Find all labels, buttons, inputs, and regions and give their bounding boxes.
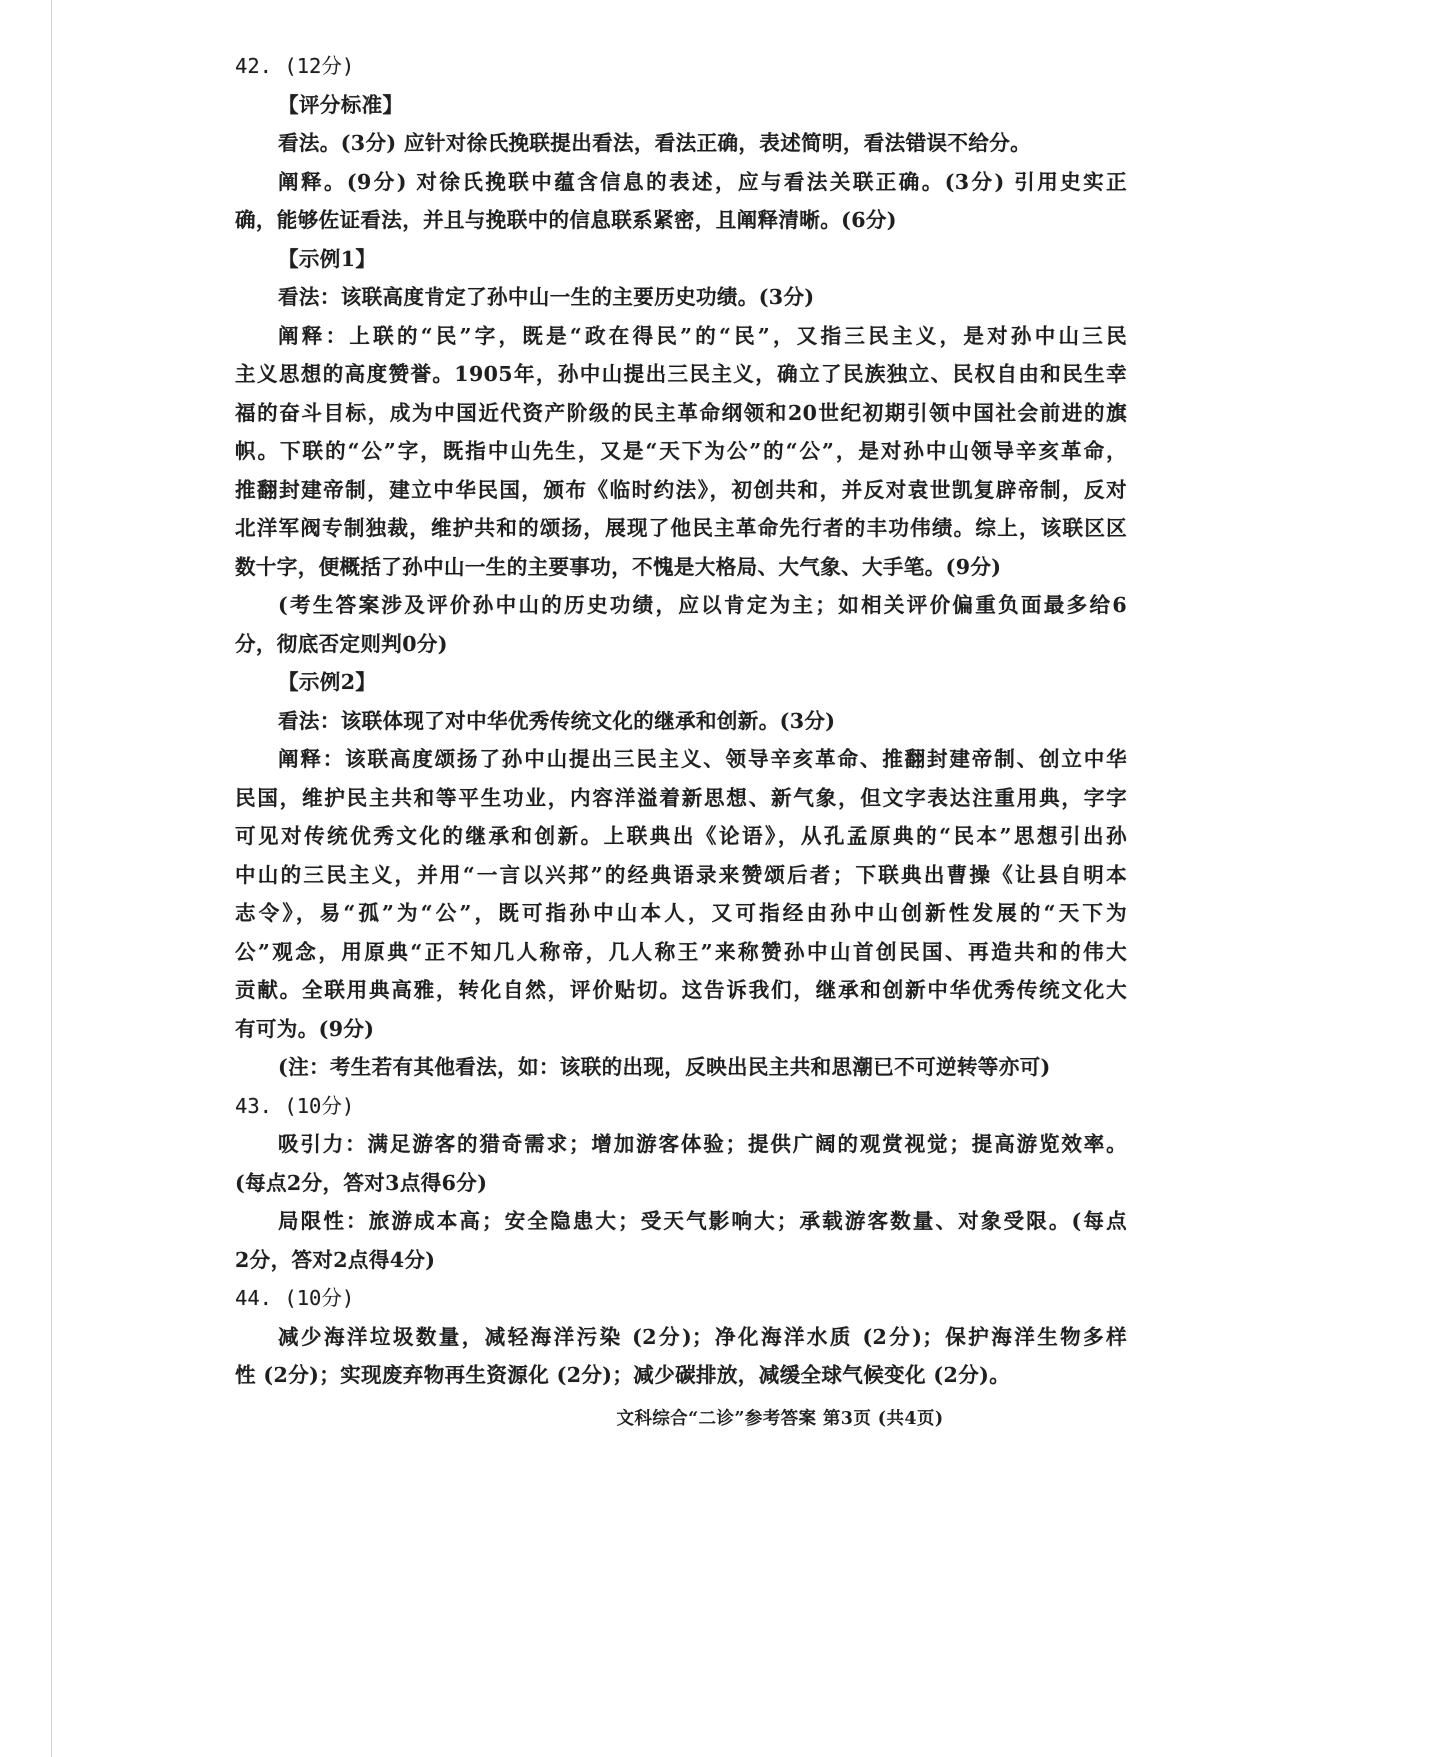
question-43-line: 吸引力：满足游客的猎奇需求；增加游客体验；提供广阔的观赏视觉；提高游览效率。 [235,1125,1127,1164]
example-2-line: 民国，维护民主共和等平生功业，内容洋溢着新思想、新气象，但文字表达注重用典，字字 [235,779,1127,818]
page-footer: 文科综合“二诊”参考答案 第3页 (共4页) [0,1405,1440,1430]
example-1-line: 看法：该联高度肯定了孙中山一生的主要历史功绩。(3分) [235,278,1127,317]
answer-key-page: 42. (12分) 【评分标准】 看法。(3分) 应针对徐氏挽联提出看法，看法正… [235,47,1127,1395]
example-2-line: 公”观念，用原典“正不知几人称帝，几人称王”来称赞孙中山首创民国、再造共和的伟大 [235,933,1127,972]
question-43-line: 局限性：旅游成本高；安全隐患大；受天气影响大；承载游客数量、对象受限。(每点 [235,1202,1127,1241]
example-1-note-line: (考生答案涉及评价孙中山的历史功绩，应以肯定为主；如相关评价偏重负面最多给6 [235,586,1127,625]
question-42-heading: 42. (12分) [235,47,1127,86]
example-1-line: 阐释：上联的“民”字，既是“政在得民”的“民”，又指三民主义，是对孙中山三民 [235,317,1127,356]
example-2-line: 有可为。(9分) [235,1010,1127,1049]
example-1-note-line: 分，彻底否定则判0分) [235,625,1127,664]
example-2-line: 中山的三民主义，并用“一言以兴邦”的经典语录来赞颂后者；下联典出曹操《让县自明本 [235,856,1127,895]
example-2-line: 志令》，易“孤”为“公”，既可指孙中山本人，又可指经由孙中山创新性发展的“天下为 [235,894,1127,933]
example-1-line: 主义思想的高度赞誉。1905年，孙中山提出三民主义，确立了民族独立、民权自由和民… [235,355,1127,394]
criteria-line: 看法。(3分) 应针对徐氏挽联提出看法，看法正确，表述简明，看法错误不给分。 [235,124,1127,163]
example-1-title: 【示例1】 [235,240,1127,279]
question-43-heading: 43. (10分) [235,1087,1127,1126]
question-44-line: 减少海洋垃圾数量，减轻海洋污染 (2分)；净化海洋水质 (2分)；保护海洋生物多… [235,1318,1127,1357]
criteria-line: 阐释。(9分) 对徐氏挽联中蕴含信息的表述，应与看法关联正确。(3分) 引用史实… [235,163,1127,202]
example-2-line: 贡献。全联用典高雅，转化自然，评价贴切。这告诉我们，继承和创新中华优秀传统文化大 [235,971,1127,1010]
example-2-note: (注：考生若有其他看法，如：该联的出现，反映出民主共和思潮已不可逆转等亦可) [235,1048,1127,1087]
page-margin-line [51,0,52,1757]
example-1-line: 帜。下联的“公”字，既指中山先生，又是“天下为公”的“公”，是对孙中山领导辛亥革… [235,432,1127,471]
example-1-line: 数十字，便概括了孙中山一生的主要事功，不愧是大格局、大气象、大手笔。(9分) [235,548,1127,587]
question-44-heading: 44. (10分) [235,1279,1127,1318]
scoring-criteria-title: 【评分标准】 [235,86,1127,125]
question-43-line: (每点2分，答对3点得6分) [235,1164,1127,1203]
example-2-line: 可见对传统优秀文化的继承和创新。上联典出《论语》，从孔孟原典的“民本”思想引出孙 [235,817,1127,856]
question-43-line: 2分，答对2点得4分) [235,1241,1127,1280]
example-1-line: 推翻封建帝制，建立中华民国，颁布《临时约法》，初创共和，并反对袁世凯复辟帝制，反… [235,471,1127,510]
example-2-title: 【示例2】 [235,663,1127,702]
criteria-line: 确，能够佐证看法，并且与挽联中的信息联系紧密，且阐释清晰。(6分) [235,201,1127,240]
example-1-line: 北洋军阀专制独裁，维护共和的颂扬，展现了他民主革命先行者的丰功伟绩。综上，该联区… [235,509,1127,548]
question-44-line: 性 (2分)；实现废弃物再生资源化 (2分)；减少碳排放，减缓全球气候变化 (2… [235,1356,1127,1395]
example-2-line: 阐释：该联高度颂扬了孙中山提出三民主义、领导辛亥革命、推翻封建帝制、创立中华 [235,740,1127,779]
example-1-line: 福的奋斗目标，成为中国近代资产阶级的民主革命纲领和20世纪初期引领中国社会前进的… [235,394,1127,433]
example-2-line: 看法：该联体现了对中华优秀传统文化的继承和创新。(3分) [235,702,1127,741]
